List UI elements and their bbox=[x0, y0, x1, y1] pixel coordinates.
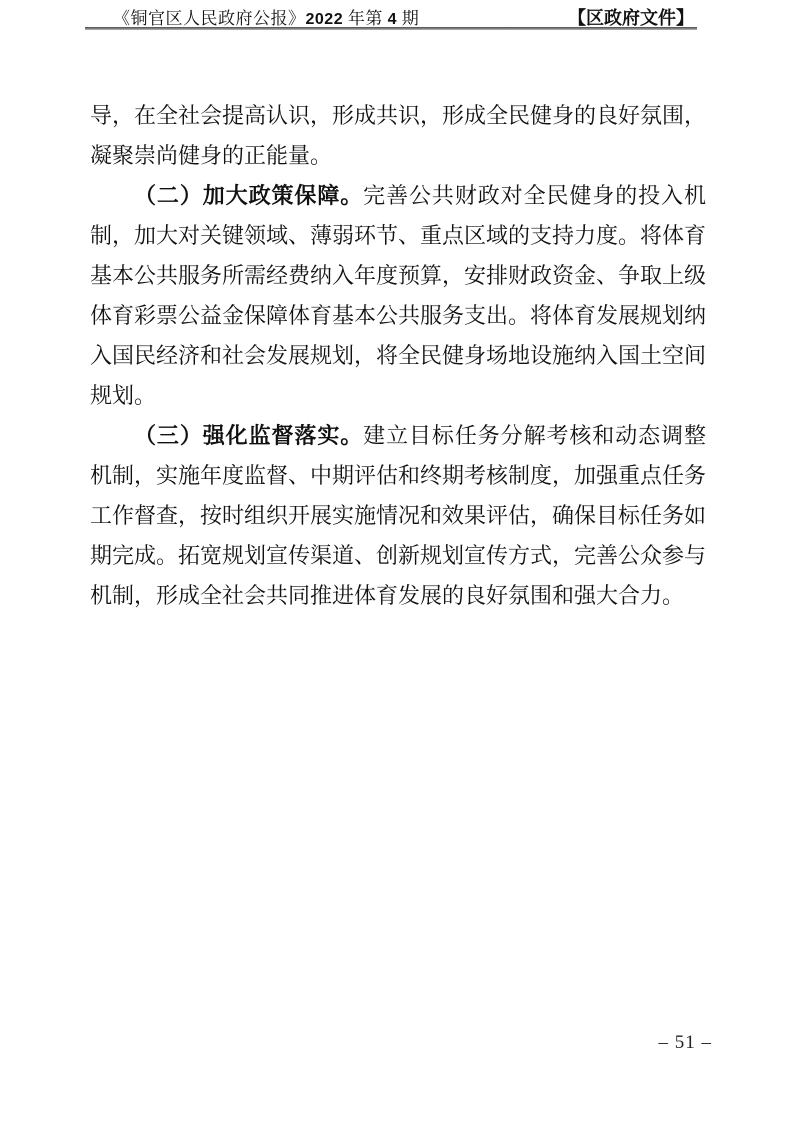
title-text: 期 bbox=[397, 9, 419, 28]
document-body: 导，在全社会提高认识，形成共识，形成全民健身的良好氛围，凝聚崇尚健身的正能量。（… bbox=[90, 96, 706, 616]
paragraph-bold-lead: （三）强化监督落实。 bbox=[134, 423, 363, 448]
page-number: – 51 – bbox=[659, 1032, 713, 1053]
title-text: 年第 bbox=[343, 9, 388, 28]
gazette-title: 《铜官区人民政府公报》2022 年第 4 期 bbox=[85, 4, 419, 29]
page-header: 《铜官区人民政府公报》2022 年第 4 期 【区政府文件】 bbox=[85, 4, 700, 28]
title-number: 4 bbox=[388, 11, 397, 28]
header-rule bbox=[85, 27, 697, 30]
paragraph: （三）强化监督落实。建立目标任务分解考核和动态调整机制，实施年度监督、中期评估和… bbox=[90, 416, 706, 616]
gazette-page: 《铜官区人民政府公报》2022 年第 4 期 【区政府文件】 导，在全社会提高认… bbox=[0, 0, 793, 1122]
paragraph-bold-lead: （二）加大政策保障。 bbox=[134, 183, 363, 208]
paragraph: （二）加大政策保障。完善公共财政对全民健身的投入机制，加大对关键领域、薄弱环节、… bbox=[90, 176, 706, 416]
page-footer: – 51 – bbox=[659, 1032, 713, 1054]
title-number: 2022 bbox=[306, 11, 344, 28]
title-text: 《铜官区人民政府公报》 bbox=[113, 9, 306, 28]
paragraph: 导，在全社会提高认识，形成共识，形成全民健身的良好氛围，凝聚崇尚健身的正能量。 bbox=[90, 96, 706, 176]
